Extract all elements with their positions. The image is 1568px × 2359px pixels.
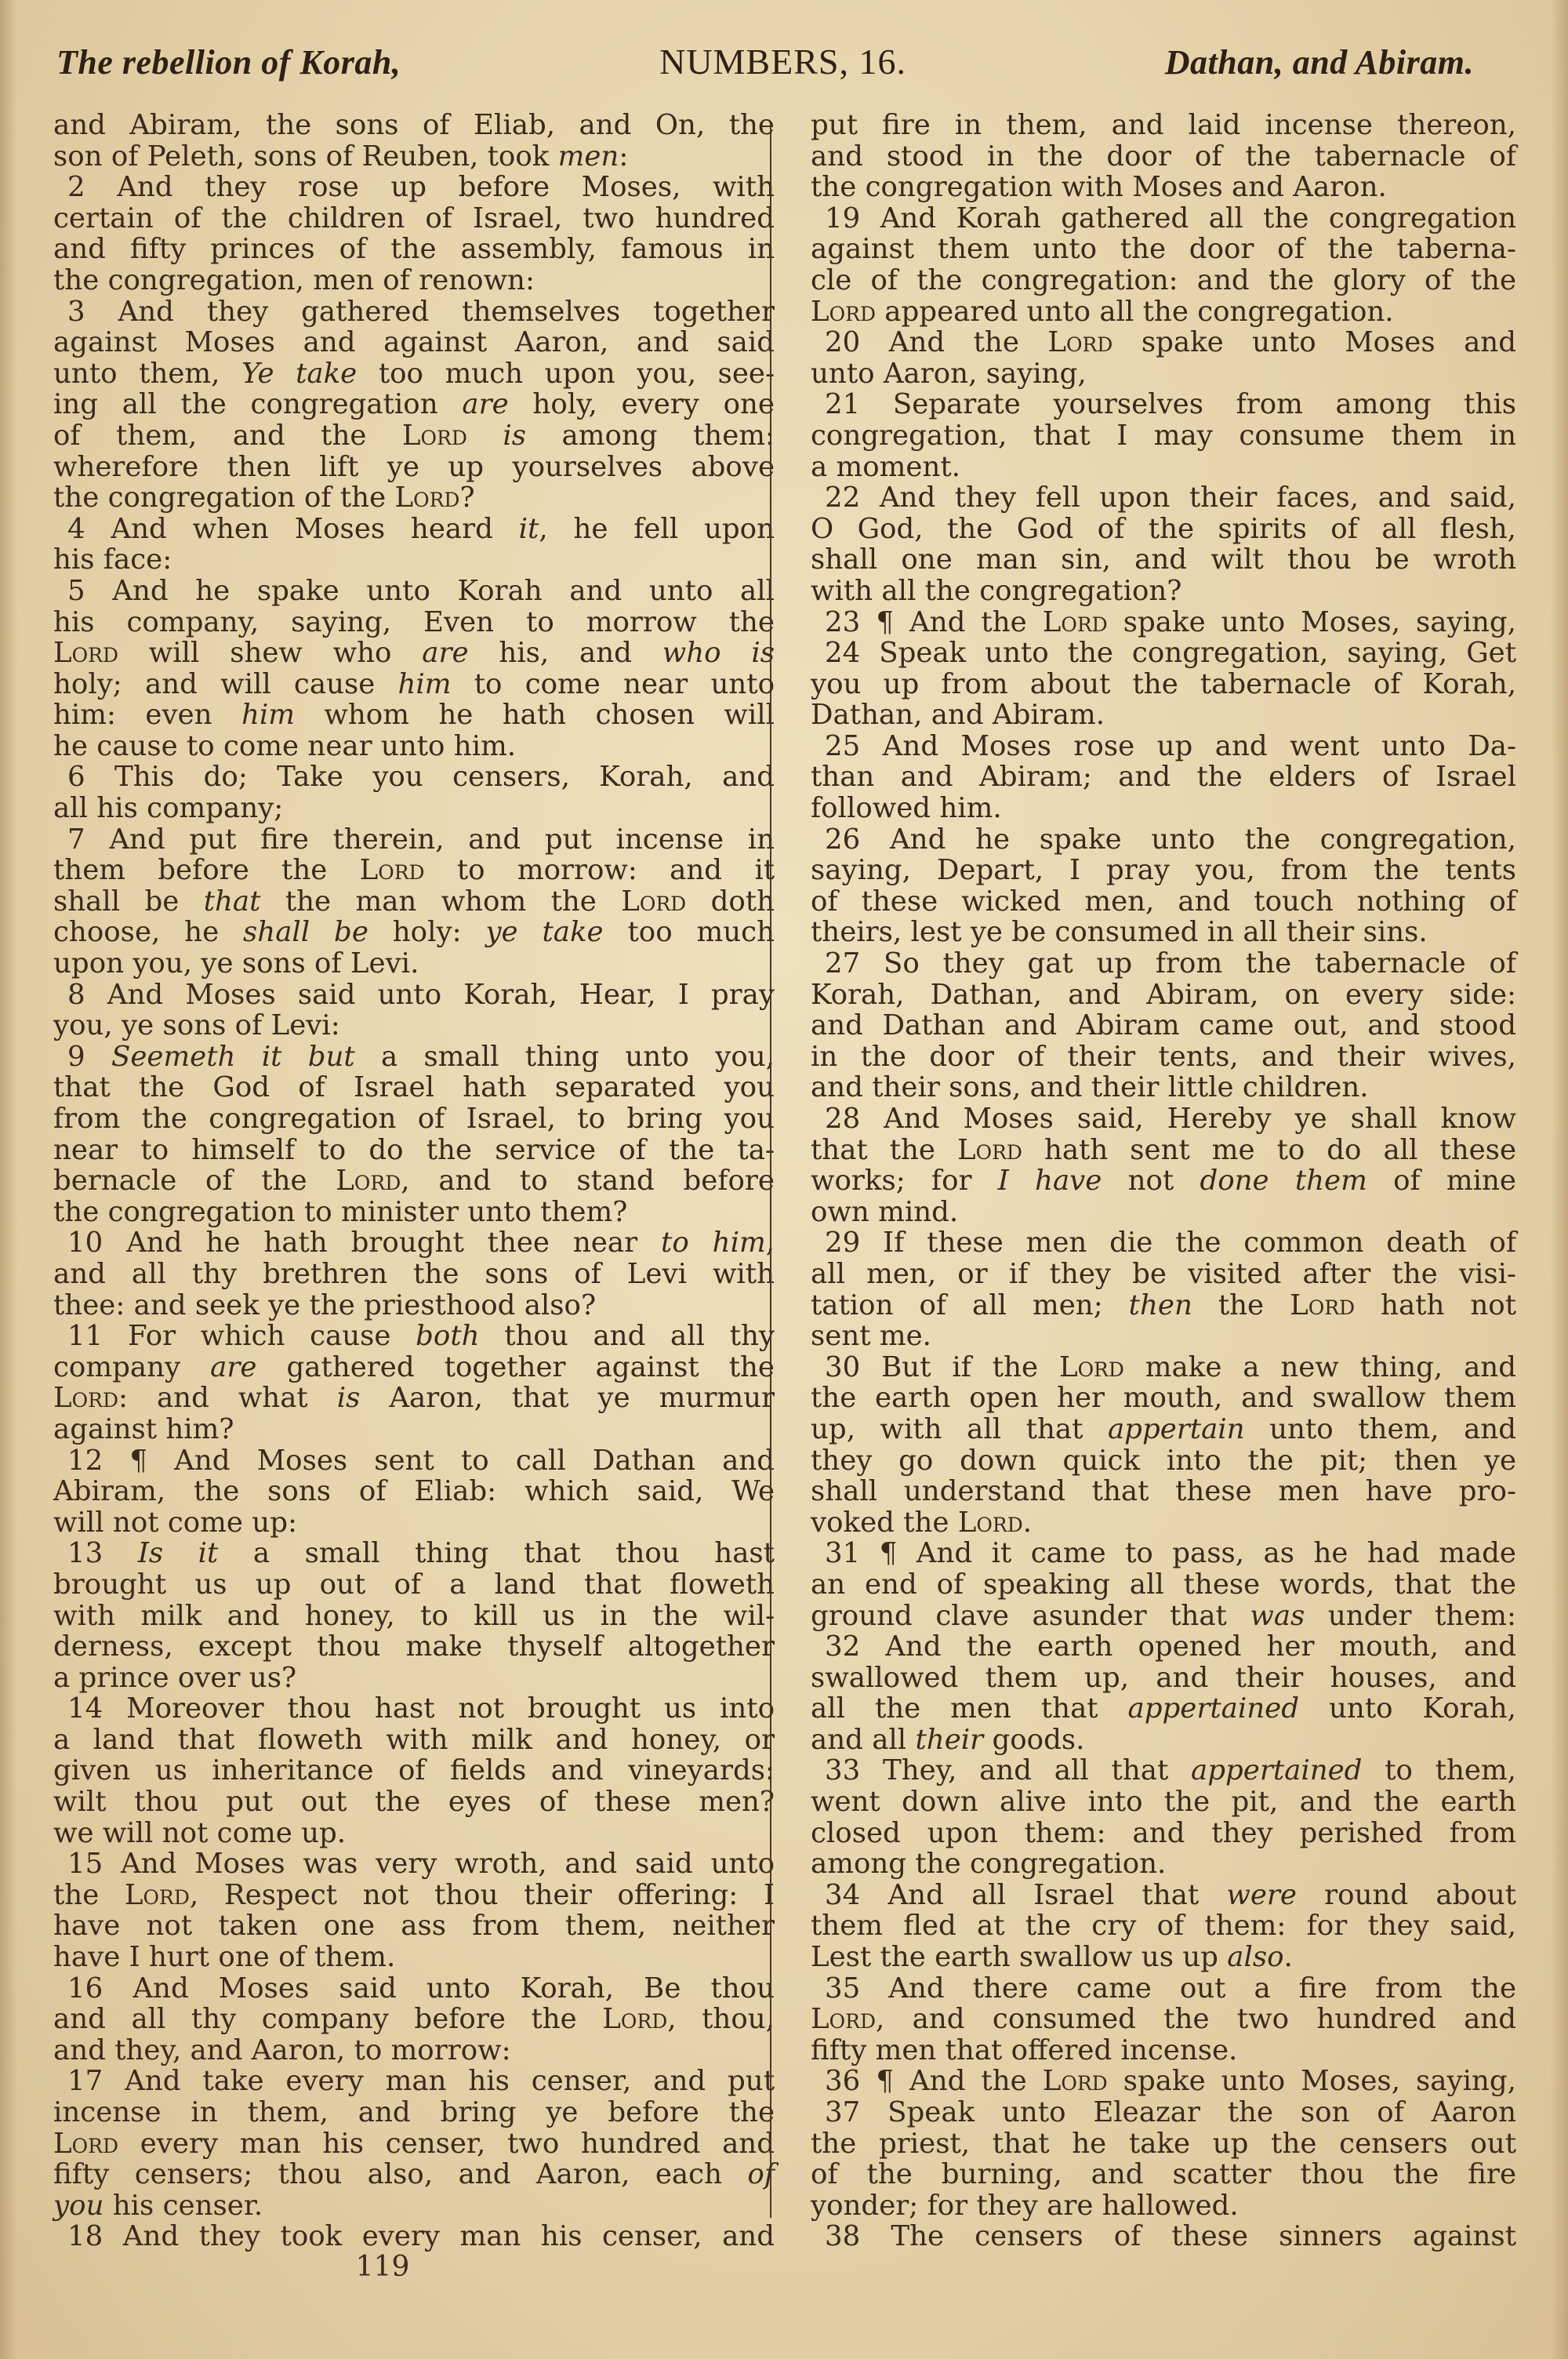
text-line: yonder; for they are hallowed. (811, 2190, 1516, 2222)
text-line: 32 And the earth opened her mouth, and (811, 1631, 1516, 1663)
text-run: the congregation of the (53, 482, 394, 514)
text-line: tation of all men; then the Lord hath no… (811, 1290, 1516, 1321)
italic-supplied-word: who is (662, 637, 775, 669)
running-head: The rebellion of Korah, NUMBERS, 16. Dat… (56, 41, 1474, 88)
text-run: thou and all thy (480, 1320, 775, 1352)
text-line: a land that floweth with milk and honey,… (53, 1725, 775, 1756)
text-run: holy; and will cause (53, 668, 398, 700)
text-line: 15 And Moses was very wroth, and said un… (53, 1848, 775, 1880)
text-run: 12 ¶ And Moses sent to call Dathan and (67, 1445, 775, 1477)
text-line: 2 And they rose up before Moses, with (53, 172, 775, 203)
italic-supplied-word: shall be (243, 916, 368, 948)
text-run: , and to stand before (401, 1165, 775, 1197)
text-run: Lest the earth swallow us up (811, 1941, 1227, 1973)
text-column-left: and Abiram, the sons of Eliab, and On, t… (53, 110, 775, 2252)
text-run: 15 And Moses was very wroth, and said un… (67, 1848, 775, 1880)
text-line: 22 And they fell upon their faces, and s… (811, 482, 1516, 514)
divine-name-small-caps: Lord (957, 1134, 1022, 1166)
text-line: certain of the children of Israel, two h… (53, 203, 775, 234)
text-line: works; for I have not done them of mine (811, 1165, 1516, 1197)
text-run: certain of the children of Israel, two h… (53, 202, 775, 234)
text-run: 9 (67, 1041, 111, 1073)
text-run: them before the (53, 854, 360, 886)
text-line: and all their goods. (811, 1725, 1516, 1756)
text-run: brought us up out of a land that floweth (53, 1568, 775, 1601)
text-run: the (1192, 1289, 1290, 1321)
italic-supplied-word: ye take (485, 916, 603, 948)
italic-supplied-word: I have (998, 1165, 1102, 1197)
italic-supplied-word: is (503, 420, 526, 452)
text-run: with all the congregation? (811, 575, 1181, 607)
text-line: shall be that the man whom the Lord doth (53, 886, 775, 918)
text-line: all the men that appertained unto Korah, (811, 1693, 1516, 1725)
text-line: we will not come up. (53, 1818, 775, 1849)
text-line: him: even him whom he hath chosen will (53, 700, 775, 731)
italic-supplied-word: done them (1200, 1165, 1367, 1197)
text-line: and Abiram, the sons of Eliab, and On, t… (53, 110, 775, 141)
text-line: ground clave asunder that was under them… (811, 1601, 1516, 1632)
text-run: of mine (1367, 1165, 1516, 1197)
text-line: and they, and Aaron, to morrow: (53, 2035, 775, 2066)
text-line: 21 Separate yourselves from among this (811, 389, 1516, 420)
text-run: wilt thou put out the eyes of these men? (53, 1786, 775, 1818)
divine-name-small-caps: Lord (360, 854, 425, 886)
text-line: closed upon them: and they perished from (811, 1818, 1516, 1849)
text-run: to morrow: and it (425, 854, 775, 886)
text-run: not (1102, 1165, 1200, 1197)
italic-supplied-word: appertained (1191, 1754, 1362, 1787)
text-line: his face: (53, 544, 775, 576)
text-run: 32 And the earth opened her mouth, and (825, 1630, 1516, 1663)
text-run: spake unto Moses and (1112, 326, 1516, 358)
text-run: 35 And there came out a fire from the (825, 1972, 1516, 2005)
column-divider-rule (770, 124, 771, 2218)
text-run: in the door of their tents, and their wi… (811, 1041, 1516, 1073)
running-head-left: The rebellion of Korah, (56, 42, 401, 82)
text-run: under them: (1305, 1600, 1516, 1632)
text-run: theirs, lest ye be consumed in all their… (811, 916, 1428, 948)
text-line: 9 Seemeth it but a small thing unto you, (53, 1041, 775, 1073)
text-run: 24 Speak unto the congregation, saying, … (825, 637, 1516, 669)
text-run: and all (811, 1724, 916, 1756)
text-line: of these wicked men, and touch nothing o… (811, 886, 1516, 918)
text-line: 6 This do; Take you censers, Korah, and (53, 761, 775, 793)
text-run: gathered together against the (256, 1351, 775, 1383)
text-run: 27 So they gat up from the tabernacle of (825, 947, 1516, 980)
text-run: works; for (811, 1165, 998, 1197)
running-head-book-chapter: NUMBERS, 16. (659, 41, 906, 82)
text-line: have I hurt one of them. (53, 1942, 775, 1973)
running-head-right: Dathan, and Abiram. (1165, 42, 1474, 82)
text-line: 27 So they gat up from the tabernacle of (811, 948, 1516, 980)
text-line: 12 ¶ And Moses sent to call Dathan and (53, 1445, 775, 1477)
text-run: among them: (526, 420, 775, 452)
text-run: and their sons, and their little childre… (811, 1071, 1369, 1103)
text-run: of them, and the (53, 420, 402, 452)
text-run: 21 Separate yourselves from among this (825, 388, 1516, 420)
text-run: put fire in them, and laid incense there… (811, 109, 1516, 141)
text-line: from the congregation of Israel, to brin… (53, 1103, 775, 1135)
text-run: went down alive into the pit, and the ea… (811, 1786, 1516, 1818)
text-line: them before the Lord to morrow: and it (53, 855, 775, 886)
text-run: a prince over us? (53, 1662, 296, 1694)
text-run: choose, he (53, 916, 243, 948)
text-line: all men, or if they be visited after the… (811, 1259, 1516, 1290)
page-edge-shadow-right (1551, 0, 1568, 2359)
text-run: tation of all men; (811, 1289, 1129, 1321)
text-line: 10 And he hath brought thee near to him, (53, 1227, 775, 1259)
text-run: 37 Speak unto Eleazar the son of Aaron (825, 2096, 1516, 2128)
text-line: of the burning, and scatter thou the fir… (811, 2159, 1516, 2190)
text-run: that the God of Israel hath separated yo… (53, 1071, 775, 1103)
text-line: 8 And Moses said unto Korah, Hear, I pra… (53, 980, 775, 1011)
text-run: and Dathan and Abiram came out, and stoo… (811, 1009, 1516, 1041)
text-run: 7 And put fire therein, and put incense … (67, 823, 775, 856)
text-run: closed upon them: and they perished from (811, 1817, 1516, 1849)
text-run: son of Peleth, sons of Reuben, took (53, 140, 558, 173)
text-line: you up from about the tabernacle of Kora… (811, 669, 1516, 700)
text-line: 3 And they gathered themselves together (53, 296, 775, 328)
text-run: we will not come up. (53, 1817, 346, 1849)
italic-supplied-word: also (1227, 1941, 1283, 1973)
text-run: saying, Depart, I pray you, from the ten… (811, 854, 1516, 886)
text-run: 2 And they rose up before Moses, with (67, 171, 775, 203)
text-run: 3 And they gathered themselves together (67, 296, 775, 328)
text-line: 28 And Moses said, Hereby ye shall know (811, 1103, 1516, 1135)
text-run: 33 They, and all that (825, 1754, 1191, 1787)
text-line: a moment. (811, 452, 1516, 483)
text-run: shall understand that these men have pro… (811, 1475, 1516, 1507)
text-line: holy; and will cause him to come near un… (53, 669, 775, 700)
text-run: 16 And Moses said unto Korah, Be thou (67, 1972, 775, 2005)
text-run: Aaron, that ye murmur (360, 1382, 775, 1414)
text-line: the Lord, Respect not thou their offerin… (53, 1880, 775, 1911)
text-line: congregation, that I may consume them in (811, 420, 1516, 452)
text-run: all men, or if they be visited after the… (811, 1258, 1516, 1290)
text-line: thee: and seek ye the priesthood also? (53, 1290, 775, 1321)
text-run: holy: (368, 916, 486, 948)
text-line: 11 For which cause both thou and all thy (53, 1321, 775, 1352)
text-line: against them unto the door of the tabern… (811, 234, 1516, 265)
text-run: and Abiram, the sons of Eliab, and On, t… (53, 109, 775, 141)
text-run: shall one man sin, and wilt thou be wrot… (811, 543, 1516, 576)
text-run: have I hurt one of them. (53, 1941, 395, 1973)
divine-name-small-caps: Lord (958, 1507, 1023, 1539)
text-run: against him? (53, 1413, 234, 1445)
text-line: choose, he shall be holy: ye take too mu… (53, 917, 775, 948)
italic-supplied-word: are (210, 1351, 256, 1383)
text-run: his company, saying, Even to morrow the (53, 606, 775, 638)
text-line: shall one man sin, and wilt thou be wrot… (811, 544, 1516, 576)
text-line: 29 If these men die the common death of (811, 1227, 1516, 1259)
text-run: 26 And he spake unto the congregation, (825, 823, 1516, 856)
text-run: too much upon you, see- (357, 358, 775, 390)
text-line: unto Aaron, saying, (811, 358, 1516, 390)
text-column-right: put fire in them, and laid incense there… (811, 110, 1516, 2252)
italic-supplied-word: is (337, 1382, 361, 1414)
text-line: theirs, lest ye be consumed in all their… (811, 917, 1516, 948)
italic-supplied-word: Is it (138, 1537, 219, 1569)
italic-supplied-word: Ye take (241, 358, 357, 390)
text-line: 19 And Korah gathered all the congregati… (811, 203, 1516, 234)
text-run: the man whom the (260, 885, 621, 918)
text-line: 34 And all Israel that were round about (811, 1880, 1516, 1911)
text-run: , Respect not thou their offering: I (190, 1879, 775, 1911)
text-run: 6 This do; Take you censers, Korah, and (67, 761, 775, 793)
text-run: 28 And Moses said, Hereby ye shall know (825, 1103, 1516, 1135)
text-run: Korah, Dathan, and Abiram, on every side… (811, 979, 1516, 1011)
text-line: 36 ¶ And the Lord spake unto Moses, sayi… (811, 2066, 1516, 2097)
text-run: all the men that (811, 1692, 1128, 1725)
text-line: that the Lord hath sent me to do all the… (811, 1135, 1516, 1166)
text-line: wilt thou put out the eyes of these men? (53, 1787, 775, 1818)
text-line: against him? (53, 1414, 775, 1445)
text-run: , and consumed the two hundred and (876, 2003, 1516, 2035)
text-line: with milk and honey, to kill us in the w… (53, 1601, 775, 1632)
text-run: than and Abiram; and the elders of Israe… (811, 761, 1516, 793)
text-line: 14 Moreover thou hast not brought us int… (53, 1693, 775, 1725)
text-run: too much (604, 916, 775, 948)
italic-supplied-word: are (462, 388, 508, 420)
text-line: Lord every man his censer, two hundred a… (53, 2128, 775, 2160)
text-run: a small thing unto you, (355, 1041, 775, 1073)
italic-supplied-word: that (204, 885, 261, 918)
text-line: all his company; (53, 793, 775, 824)
italic-supplied-word: men (558, 140, 619, 173)
text-line: the priest, that he take up the censers … (811, 2128, 1516, 2160)
text-line: 31 ¶ And it came to pass, as he had made (811, 1538, 1516, 1569)
text-line: they go down quick into the pit; then ye (811, 1445, 1516, 1477)
text-line: ing all the congregation are holy, every… (53, 389, 775, 420)
text-line: 20 And the Lord spake unto Moses and (811, 327, 1516, 358)
text-run: against Moses and against Aaron, and sai… (53, 326, 775, 358)
divine-name-small-caps: Lord (1043, 2065, 1108, 2097)
text-run: the earth open her mouth, and swallow th… (811, 1382, 1516, 1414)
text-line: 24 Speak unto the congregation, saying, … (811, 638, 1516, 669)
text-run: 20 And the (825, 326, 1047, 358)
text-run: his face: (53, 543, 172, 576)
text-line: cle of the congregation: and the glory o… (811, 265, 1516, 296)
text-line: will not come up: (53, 1507, 775, 1539)
text-run: with milk and honey, to kill us in the w… (53, 1600, 775, 1632)
text-run: incense in them, and bring ye before the (53, 2096, 775, 2128)
text-run: 38 The censers of these sinners against (825, 2220, 1516, 2252)
text-run: of these wicked men, and touch nothing o… (811, 885, 1516, 918)
text-run: the (53, 1879, 125, 1911)
italic-supplied-word: are (422, 637, 468, 669)
text-run: a small thing that thou hast (218, 1537, 775, 1569)
text-line: and all thy company before the Lord, tho… (53, 2004, 775, 2035)
text-run: a moment. (811, 451, 960, 483)
text-run: 29 If these men die the common death of (825, 1227, 1516, 1259)
text-run: will not come up: (53, 1507, 297, 1539)
text-run: 17 And take every man his censer, and pu… (67, 2065, 775, 2097)
text-run: 31 ¶ And it came to pass, as he had made (825, 1537, 1516, 1569)
divine-name-small-caps: Lord (621, 885, 686, 918)
text-line: 33 They, and all that appertained to the… (811, 1755, 1516, 1787)
text-line: given us inheritance of fields and viney… (53, 1755, 775, 1787)
text-run: unto Aaron, saying, (811, 358, 1087, 390)
text-line: 18 And they took every man his censer, a… (53, 2221, 775, 2252)
text-line: 25 And Moses rose up and went unto Da- (811, 731, 1516, 762)
text-line: the congregation, men of renown: (53, 265, 775, 296)
italic-supplied-word: to him (661, 1227, 766, 1259)
text-run: and fifty princes of the assembly, famou… (53, 233, 775, 265)
text-line: than and Abiram; and the elders of Israe… (811, 761, 1516, 793)
text-line: Lord, and consumed the two hundred and (811, 2004, 1516, 2035)
text-run: the congregation with Moses and Aaron. (811, 171, 1387, 203)
text-run: hath not (1355, 1289, 1516, 1321)
text-line: you, ye sons of Levi: (53, 1010, 775, 1041)
text-line: 7 And put fire therein, and put incense … (53, 824, 775, 856)
italic-supplied-word: appertained (1128, 1692, 1299, 1725)
divine-name-small-caps: Lord (53, 1382, 118, 1414)
text-line: derness, except thou make thyself altoge… (53, 1631, 775, 1663)
text-line: of them, and the Lord is among them: (53, 420, 775, 452)
text-line: 37 Speak unto Eleazar the son of Aaron (811, 2097, 1516, 2128)
text-line: fifty men that offered incense. (811, 2035, 1516, 2066)
italic-supplied-word: was (1250, 1600, 1305, 1632)
text-run: near to himself to do the service of the… (53, 1134, 775, 1166)
italic-supplied-word: their (916, 1724, 984, 1756)
text-line: swallowed them up, and their houses, and (811, 1663, 1516, 1694)
text-run: spake unto Moses, saying, (1108, 2065, 1516, 2097)
text-line: that the God of Israel hath separated yo… (53, 1072, 775, 1103)
italic-supplied-word: appertain (1108, 1413, 1245, 1445)
divine-name-small-caps: Lord (125, 1879, 190, 1911)
text-line: 30 But if the Lord make a new thing, and (811, 1352, 1516, 1383)
text-run: 11 For which cause (67, 1320, 416, 1352)
text-run: to come near unto (452, 668, 775, 700)
text-run: 10 And he hath brought thee near (67, 1227, 661, 1259)
text-run: against them unto the door of the tabern… (811, 233, 1516, 265)
text-line: own mind. (811, 1197, 1516, 1228)
divine-name-small-caps: Lord (811, 296, 876, 328)
text-run: Dathan, and Abiram. (811, 699, 1105, 731)
text-run: his censer. (103, 2190, 263, 2222)
text-line: the congregation with Moses and Aaron. (811, 172, 1516, 203)
text-run: his, and (469, 637, 662, 669)
text-run: 19 And Korah gathered all the congregati… (825, 202, 1516, 234)
text-run: company (53, 1351, 210, 1383)
text-run: and all thy brethren the sons of Levi wi… (53, 1258, 775, 1290)
text-line: voked the Lord. (811, 1507, 1516, 1539)
text-run: hath sent me to do all these (1022, 1134, 1516, 1166)
italic-supplied-word: both (416, 1320, 479, 1352)
text-line: them fled at the cry of them: for they s… (811, 1910, 1516, 1942)
text-run: followed him. (811, 792, 1002, 824)
text-line: unto them, Ye take too much upon you, se… (53, 358, 775, 390)
text-run: : (619, 140, 628, 173)
text-run: 8 And Moses said unto Korah, Hear, I pra… (67, 979, 775, 1011)
text-run: ing all the congregation (53, 388, 462, 420)
text-run: you up from about the tabernacle of Kora… (811, 668, 1516, 700)
text-run: 23 ¶ And the (825, 606, 1043, 638)
text-run: and all thy company before the (53, 2003, 602, 2035)
text-run: wherefore then lift ye up yourselves abo… (53, 451, 775, 483)
text-line: and stood in the door of the tabernacle … (811, 141, 1516, 173)
text-run: holy, every one (509, 388, 775, 420)
text-line: and Dathan and Abiram came out, and stoo… (811, 1010, 1516, 1041)
divine-name-small-caps: Lord (1043, 606, 1108, 638)
text-run: 25 And Moses rose up and went unto Da- (825, 730, 1516, 762)
text-run: derness, except thou make thyself altoge… (53, 1630, 775, 1663)
text-run: to them, (1362, 1754, 1516, 1787)
text-run: round about (1297, 1879, 1516, 1911)
text-run: , he fell upon (539, 513, 775, 545)
text-line: you his censer. (53, 2190, 775, 2222)
text-run: ground clave asunder that (811, 1600, 1250, 1632)
text-run: ? (459, 482, 474, 514)
text-line: near to himself to do the service of the… (53, 1135, 775, 1166)
text-line: 13 Is it a small thing that thou hast (53, 1538, 775, 1569)
text-run: every man his censer, two hundred and (118, 2128, 775, 2160)
text-run: 22 And they fell upon their faces, and s… (825, 482, 1516, 514)
text-run: of the burning, and scatter thou the fir… (811, 2158, 1516, 2190)
text-line: 26 And he spake unto the congregation, (811, 824, 1516, 856)
text-line: in the door of their tents, and their wi… (811, 1041, 1516, 1073)
text-line: 35 And there came out a fire from the (811, 1973, 1516, 2005)
text-line: he cause to come near unto him. (53, 731, 775, 762)
italic-supplied-word: Seemeth it but (111, 1041, 355, 1073)
text-line: shall understand that these men have pro… (811, 1476, 1516, 1507)
text-run: among the congregation. (811, 1848, 1166, 1880)
italic-supplied-word: were (1226, 1879, 1297, 1911)
text-run: yonder; for they are hallowed. (811, 2190, 1239, 2222)
text-run: , thou, (667, 2003, 775, 2035)
text-line: and their sons, and their little childre… (811, 1072, 1516, 1103)
text-line: fifty censers; thou also, and Aaron, eac… (53, 2159, 775, 2190)
text-line: 4 And when Moses heard it, he fell upon (53, 514, 775, 545)
italic-supplied-word: you (53, 2190, 103, 2222)
text-line: and fifty princes of the assembly, famou… (53, 234, 775, 265)
text-line: a prince over us? (53, 1663, 775, 1694)
text-run: given us inheritance of fields and viney… (53, 1754, 775, 1787)
text-run: he cause to come near unto him. (53, 730, 516, 762)
divine-name-small-caps: Lord (811, 2003, 876, 2035)
divine-name-small-caps: Lord (1059, 1351, 1124, 1383)
text-line: put fire in them, and laid incense there… (811, 110, 1516, 141)
text-line: 5 And he spake unto Korah and unto all (53, 576, 775, 607)
text-run: you, ye sons of Levi: (53, 1009, 340, 1041)
text-run: upon you, ye sons of Levi. (53, 947, 419, 980)
text-line: Lest the earth swallow us up also. (811, 1942, 1516, 1973)
text-line: son of Peleth, sons of Reuben, took men: (53, 141, 775, 173)
text-run: appeared unto all the congregation. (876, 296, 1394, 328)
text-run: unto them, and (1245, 1413, 1516, 1445)
text-line: up, with all that appertain unto them, a… (811, 1414, 1516, 1445)
page-edge-shadow-left (0, 0, 17, 2359)
text-line: Lord will shew who are his, and who is (53, 638, 775, 669)
text-run: 13 (67, 1537, 138, 1569)
text-run: cle of the congregation: and the glory o… (811, 264, 1516, 296)
divine-name-small-caps: Lord (602, 2003, 667, 2035)
text-run: : and what (118, 1382, 337, 1414)
text-run: and stood in the door of the tabernacle … (811, 140, 1516, 173)
divine-name-small-caps: Lord (336, 1165, 401, 1197)
text-line: the congregation of the Lord? (53, 482, 775, 514)
text-run: O God, the God of the spirits of all fle… (811, 513, 1516, 545)
text-line: Dathan, and Abiram. (811, 700, 1516, 731)
text-run: shall be (53, 885, 204, 918)
text-line: an end of speaking all these words, that… (811, 1569, 1516, 1601)
text-run: will shew who (118, 637, 422, 669)
text-run: voked the (811, 1507, 958, 1539)
divine-name-small-caps: Lord (402, 420, 467, 452)
text-run: 34 And all Israel that (825, 1879, 1226, 1911)
text-line: with all the congregation? (811, 576, 1516, 607)
text-line: and all thy brethren the sons of Levi wi… (53, 1259, 775, 1290)
